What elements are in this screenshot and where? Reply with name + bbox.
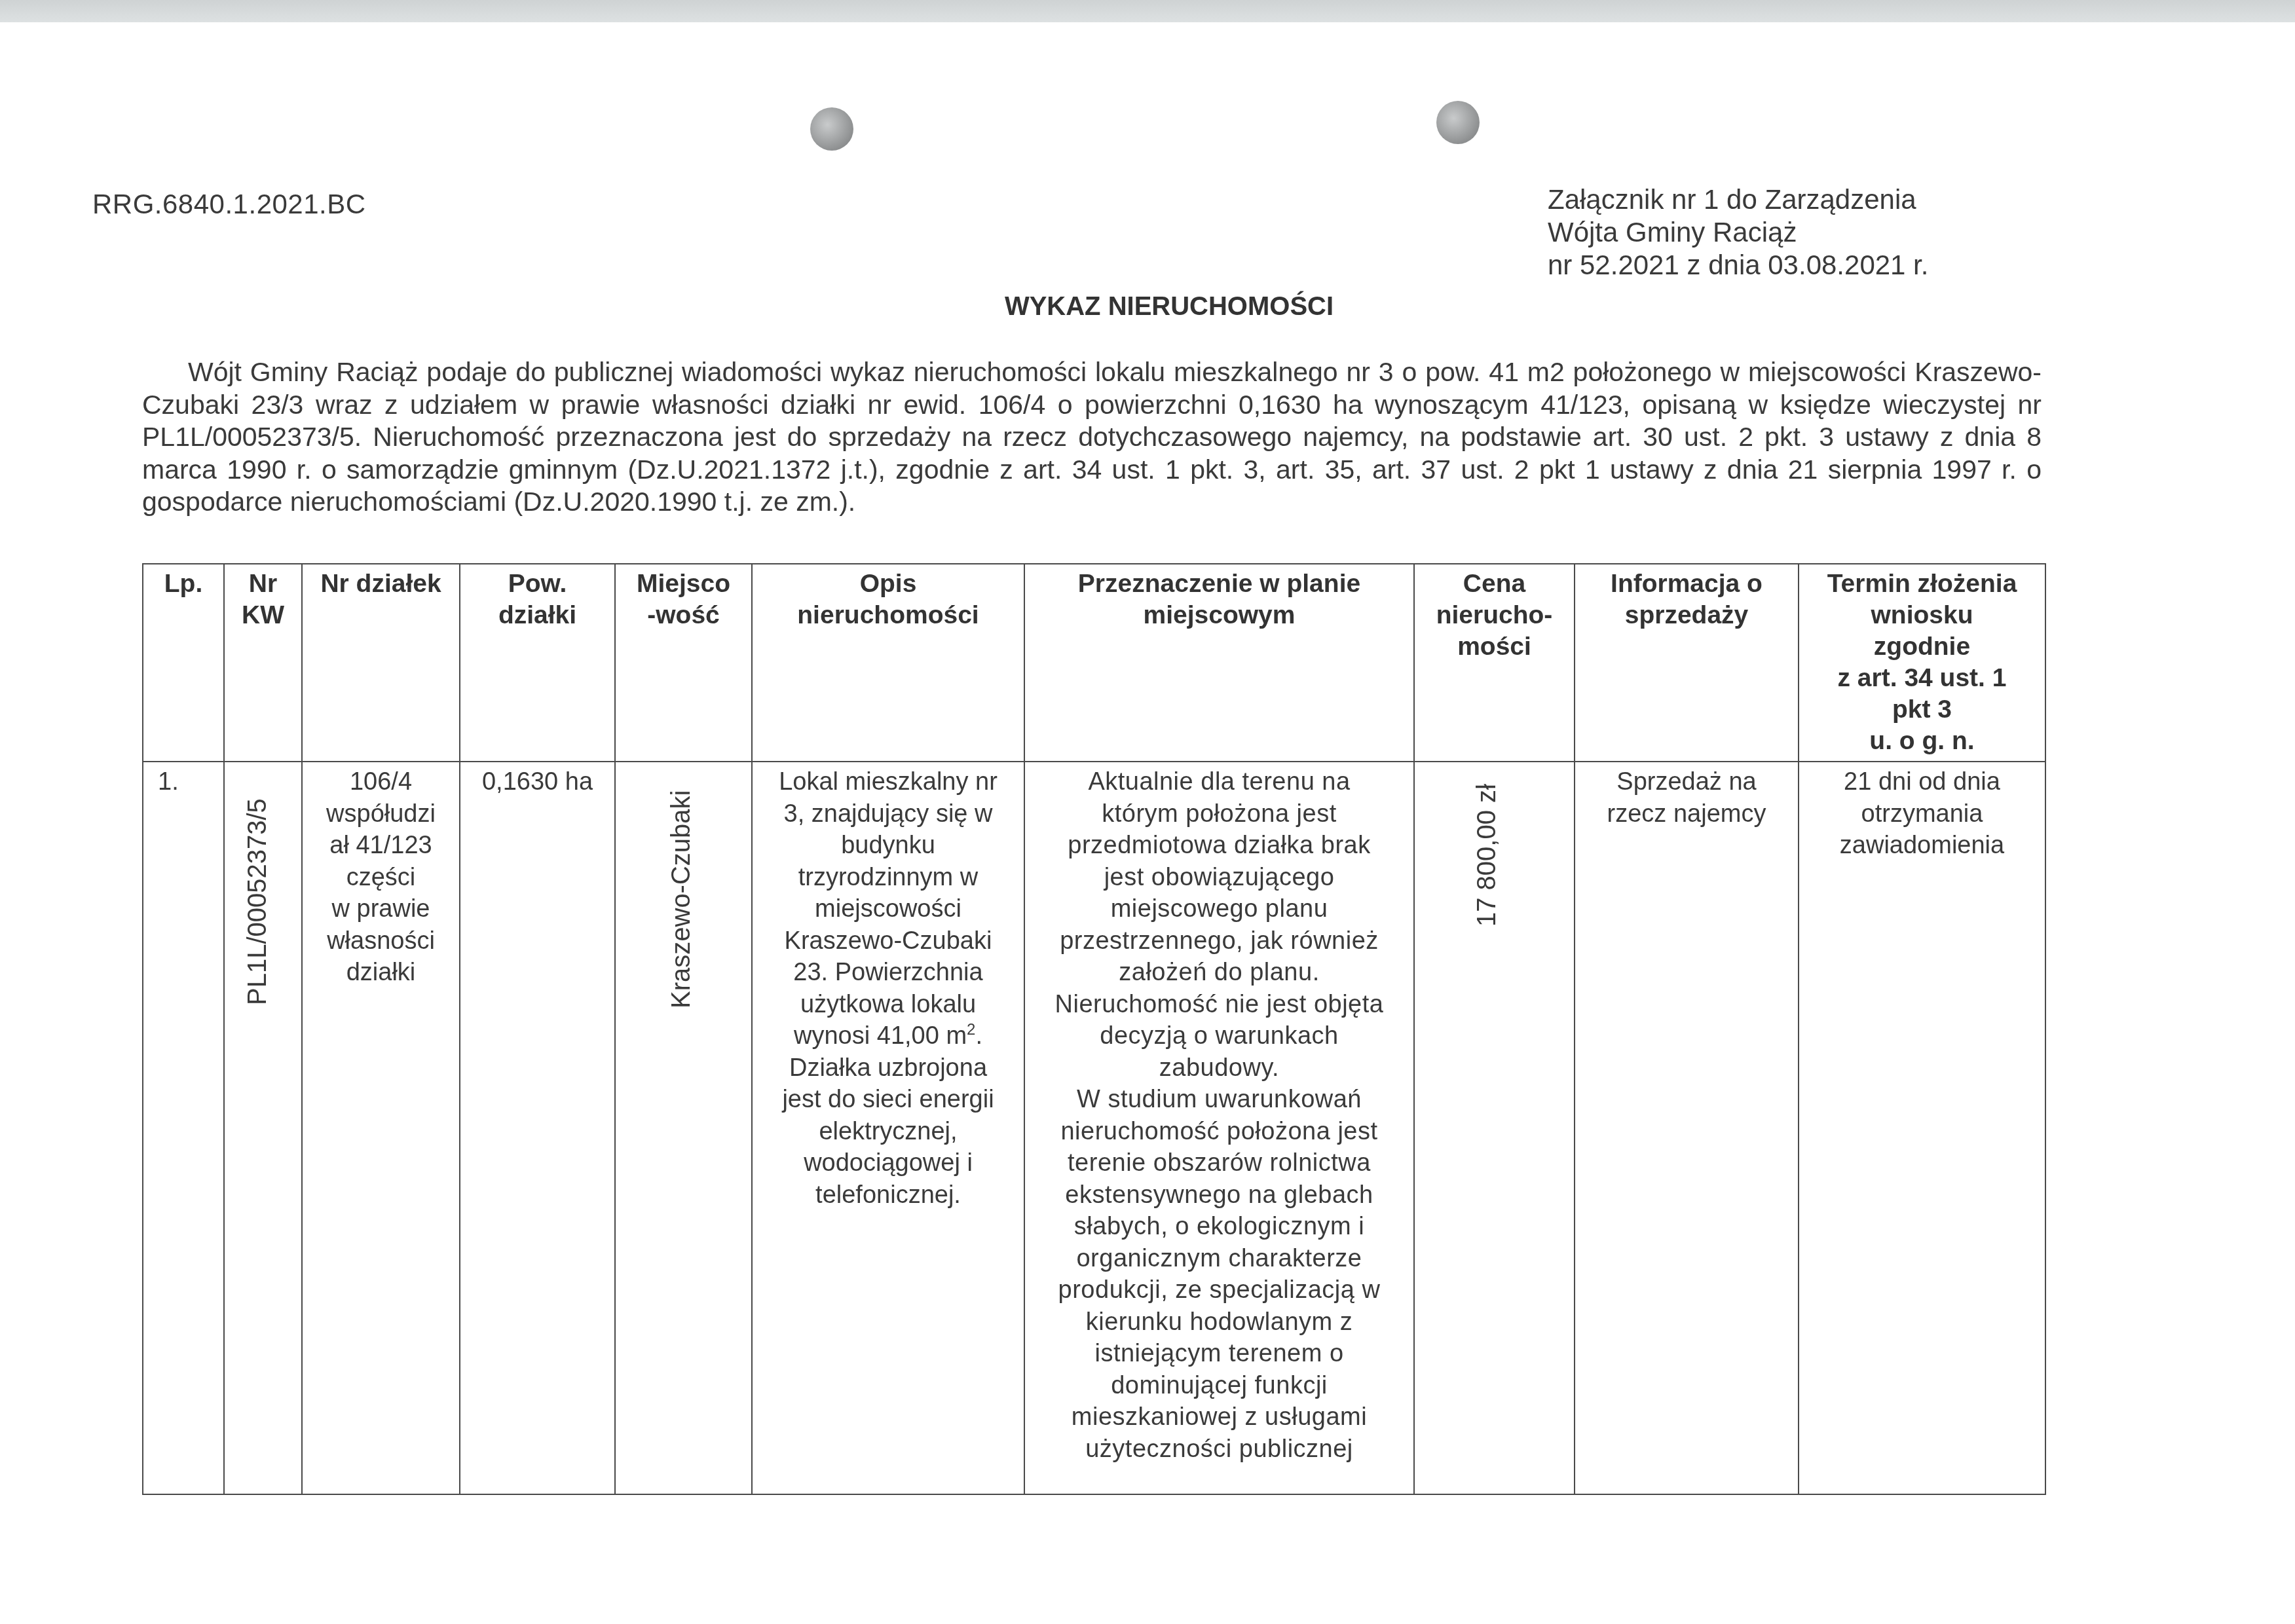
column-header: Termin złożeniawnioskuzgodniez art. 34 u… [1799, 564, 2045, 762]
annex-header: Załącznik nr 1 do Zarządzenia Wójta Gmin… [1548, 183, 1928, 282]
cell-line: istniejącym terenem o [1030, 1338, 1408, 1370]
document-title: WYKAZ NIERUCHOMOŚCI [0, 292, 2295, 322]
cell-line: otrzymania [1804, 798, 2040, 830]
column-header: Cenanierucho-mości [1414, 564, 1575, 762]
cell-przeznaczenie: Aktualnie dla terenu naktórym położona j… [1024, 762, 1414, 1494]
reference-number: RRG.6840.1.2021.BC [92, 189, 366, 220]
property-listing-table: Lp.NrKWNr działekPow.działkiMiejsco-wość… [142, 563, 2046, 1495]
cell-pow-dzialki: 0,1630 ha [460, 762, 615, 1494]
cell-line: mieszkaniowej z usługami [1030, 1401, 1408, 1433]
cell-line: słabych, o ekologicznym i [1030, 1211, 1408, 1243]
cell-line: terenie obszarów rolnictwa [1030, 1147, 1408, 1179]
cell-line: przestrzennego, jak również [1030, 925, 1408, 957]
cell-informacja: Sprzedaż narzecz najemcy [1575, 762, 1799, 1494]
annex-line: Załącznik nr 1 do Zarządzenia [1548, 183, 1928, 216]
cell-termin: 21 dni od dniaotrzymaniazawiadomienia [1799, 762, 2045, 1494]
nr-kw-vertical-text: PL1L/00052373/5 [242, 798, 274, 1005]
cell-line: przedmiotowa działka brak [1030, 830, 1408, 862]
cell-line: dominującej funkcji [1030, 1370, 1408, 1402]
column-header: NrKW [224, 564, 302, 762]
cell-nr-dzialek: 106/4współudział 41/123częściw prawiewła… [302, 762, 460, 1494]
cell-line: części [308, 862, 454, 894]
cell-line: własności [308, 925, 454, 957]
scanner-edge-band [0, 0, 2295, 22]
cena-vertical-text: 17 800,00 zł [1471, 784, 1503, 927]
cell-line: produkcji, ze specjalizacją w [1030, 1274, 1408, 1306]
cell-line: nieruchomość położona jest [1030, 1116, 1408, 1148]
cell-line: 106/4 [308, 766, 454, 798]
cell-line: rzecz najemcy [1580, 798, 1793, 830]
cell-line: jest obowiązującego [1030, 862, 1408, 894]
annex-line: Wójta Gminy Raciąż [1548, 216, 1928, 249]
cell-line: 21 dni od dnia [1804, 766, 2040, 798]
cell-lp: 1. [143, 762, 224, 1494]
cell-line: W studium uwarunkowań [1030, 1084, 1408, 1116]
cell-line: decyzją o warunkach [1030, 1020, 1408, 1052]
cell-line: zabudowy. [1030, 1052, 1408, 1084]
column-header: Przeznaczenie w planiemiejscowym [1024, 564, 1414, 762]
column-header: Nr działek [302, 564, 460, 762]
cell-line: Aktualnie dla terenu na [1030, 766, 1408, 798]
cell-line: ekstensywnego na glebach [1030, 1179, 1408, 1211]
cell-line: współudzi [308, 798, 454, 830]
cell-miejscowosc: Kraszewo-Czubaki [615, 762, 752, 1494]
cell-line: w prawie [308, 893, 454, 925]
miejscowosc-vertical-text: Kraszewo-Czubaki [665, 790, 698, 1008]
cell-cena: 17 800,00 zł [1414, 762, 1575, 1494]
cell-line: miejscowego planu [1030, 893, 1408, 925]
cell-line: Nieruchomość nie jest objęta [1030, 989, 1408, 1021]
cell-line: kierunku hodowlanym z [1030, 1306, 1408, 1338]
cell-opis: Lokal mieszkalny nr3, znajdujący się wbu… [752, 762, 1024, 1494]
column-header: Pow.działki [460, 564, 615, 762]
cell-line: działki [308, 957, 454, 989]
table-header-row: Lp.NrKWNr działekPow.działkiMiejsco-wość… [143, 564, 2045, 762]
cell-line: zawiadomienia [1804, 830, 2040, 862]
annex-line: nr 52.2021 z dnia 03.08.2021 r. [1548, 249, 1928, 282]
punch-hole-left [810, 107, 853, 151]
cell-line: ał 41/123 [308, 830, 454, 862]
column-header: Miejsco-wość [615, 564, 752, 762]
table-row: 1. PL1L/00052373/5 106/4współudział 41/1… [143, 762, 2045, 1494]
cell-line: założeń do planu. [1030, 957, 1408, 989]
punch-hole-right [1436, 101, 1480, 144]
column-header: Opisnieruchomości [752, 564, 1024, 762]
column-header: Informacja osprzedaży [1575, 564, 1799, 762]
cell-line: użyteczności publicznej [1030, 1433, 1408, 1466]
cell-line: którym położona jest [1030, 798, 1408, 830]
column-header: Lp. [143, 564, 224, 762]
intro-paragraph: Wójt Gminy Raciąż podaje do publicznej w… [142, 356, 2042, 519]
cell-nr-kw: PL1L/00052373/5 [224, 762, 302, 1494]
cell-line: Sprzedaż na [1580, 766, 1793, 798]
cell-line: organicznym charakterze [1030, 1243, 1408, 1275]
